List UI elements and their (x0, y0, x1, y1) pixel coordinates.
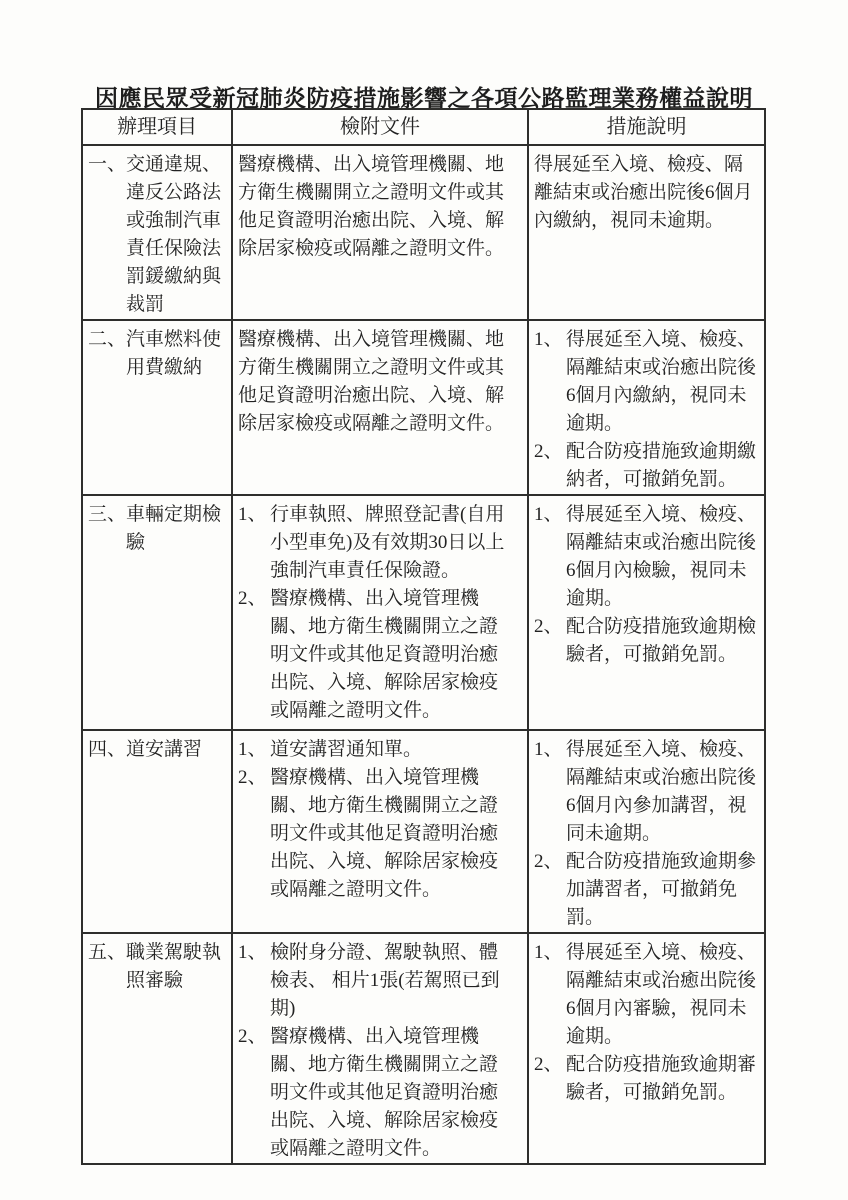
item-number: 一、 (88, 151, 126, 179)
cell-item: 五、 職業駕駛執 照審驗 (82, 933, 232, 1164)
list-item-number: 1、 (534, 736, 563, 764)
item-number: 五、 (88, 939, 126, 967)
list-item-text: 醫療機構、出入境管理機 關、地方衛生機關開立之證 明文件或其他足資證明治癒 出院… (270, 767, 498, 900)
cell-measures: 1、 得展延至入境、檢疫、 隔離結束或治癒出院後 6個月內檢驗，視同未 逾期。 … (528, 495, 765, 730)
measures-list-item: 2、 配合防疫措施致逾期繳 納者，可撤銷免罰。 (534, 438, 760, 494)
list-item-text: 行車執照、牌照登記書(自用 小型車免)及有效期30日以上 強制汽車責任保險證。 (270, 504, 504, 581)
list-item-text: 檢附身分證、駕駛執照、體 檢表、 相片1張(若駕照已到 期) (270, 942, 500, 1019)
list-item-number: 2、 (534, 438, 563, 466)
cell-item: 三、 車輛定期檢 驗 (82, 495, 232, 730)
list-item-number: 2、 (534, 613, 563, 641)
list-item-number: 1、 (534, 326, 563, 354)
measures-list-item: 2、 配合防疫措施致逾期檢 驗者，可撤銷免罰。 (534, 613, 760, 669)
documents-paragraph: 醫療機構、出入境管理機關、地 方衛生機關開立之證明文件或其 他足資證明治癒出院、… (238, 151, 523, 263)
cell-measures: 1、 得展延至入境、檢疫、 隔離結束或治癒出院後 6個月內繳納，視同未 逾期。 … (528, 320, 765, 495)
list-item-number: 2、 (534, 1051, 563, 1079)
documents-list-item: 1、 檢附身分證、駕駛執照、體 檢表、 相片1張(若駕照已到 期) (238, 939, 523, 1023)
documents-list-item: 1、 道安講習通知單。 (238, 736, 523, 764)
cell-item: 四、 道安講習 (82, 730, 232, 933)
benefits-table: 辦理項目 檢附文件 措施說明 一、 交通違規、 違反公路法 或強制汽車 責任保險… (81, 108, 766, 1165)
measures-paragraph: 得展延至入境、檢疫、隔 離結束或治癒出院後6個月 內繳納，視同未逾期。 (534, 151, 760, 235)
list-item-text: 道安講習通知單。 (270, 739, 422, 760)
item-entry: 一、 交通違規、 違反公路法 或強制汽車 責任保險法 罰鍰繳納與 裁罰 (88, 151, 227, 319)
list-item-number: 1、 (238, 501, 267, 529)
list-item-number: 2、 (238, 764, 267, 792)
cell-item: 二、 汽車燃料使 用費繳納 (82, 320, 232, 495)
list-item-text: 配合防疫措施致逾期審 驗者，可撤銷免罰。 (566, 1054, 756, 1103)
cell-measures: 1、 得展延至入境、檢疫、 隔離結束或治癒出院後 6個月內參加講習，視 同未逾期… (528, 730, 765, 933)
cell-documents: 醫療機構、出入境管理機關、地 方衛生機關開立之證明文件或其 他足資證明治癒出院、… (232, 320, 528, 495)
list-item-text: 得展延至入境、檢疫、 隔離結束或治癒出院後 6個月內參加講習，視 同未逾期。 (566, 739, 756, 844)
list-item-text: 配合防疫措施致逾期繳 納者，可撤銷免罰。 (566, 441, 756, 490)
item-entry: 四、 道安講習 (88, 736, 227, 764)
measures-list-item: 1、 得展延至入境、檢疫、 隔離結束或治癒出院後 6個月內審驗，視同未 逾期。 (534, 939, 760, 1051)
cell-documents: 1、 行車執照、牌照登記書(自用 小型車免)及有效期30日以上 強制汽車責任保險… (232, 495, 528, 730)
document-page: 因應民眾受新冠肺炎防疫措施影響之各項公路監理業務權益說明 辦理項目 檢附文件 措… (0, 0, 848, 1200)
list-item-number: 2、 (534, 848, 563, 876)
table-row: 四、 道安講習 1、 道安講習通知單。 2、 醫療機構、出入境管理機 關、地方衛… (82, 730, 765, 933)
measures-list-item: 1、 得展延至入境、檢疫、 隔離結束或治癒出院後 6個月內參加講習，視 同未逾期… (534, 736, 760, 848)
table-header-row: 辦理項目 檢附文件 措施說明 (82, 109, 765, 145)
measures-list-item: 1、 得展延至入境、檢疫、 隔離結束或治癒出院後 6個月內繳納，視同未 逾期。 (534, 326, 760, 438)
item-label: 道安講習 (126, 739, 202, 760)
item-entry: 二、 汽車燃料使 用費繳納 (88, 326, 227, 382)
documents-list-item: 2、 醫療機構、出入境管理機 關、地方衛生機關開立之證 明文件或其他足資證明治癒… (238, 1023, 523, 1163)
list-item-number: 1、 (534, 939, 563, 967)
list-item-number: 2、 (238, 1023, 267, 1051)
col-header-measures: 措施說明 (528, 109, 765, 145)
measures-list-item: 2、 配合防疫措施致逾期參 加講習者，可撤銷免 罰。 (534, 848, 760, 932)
item-entry: 三、 車輛定期檢 驗 (88, 501, 227, 557)
measures-list-item: 2、 配合防疫措施致逾期審 驗者，可撤銷免罰。 (534, 1051, 760, 1107)
col-header-documents: 檢附文件 (232, 109, 528, 145)
documents-paragraph: 醫療機構、出入境管理機關、地 方衛生機關開立之證明文件或其 他足資證明治癒出院、… (238, 326, 523, 438)
list-item-text: 配合防疫措施致逾期檢 驗者，可撤銷免罰。 (566, 616, 756, 665)
cell-documents: 1、 道安講習通知單。 2、 醫療機構、出入境管理機 關、地方衛生機關開立之證 … (232, 730, 528, 933)
list-item-text: 得展延至入境、檢疫、 隔離結束或治癒出院後 6個月內繳納，視同未 逾期。 (566, 329, 756, 434)
item-label: 汽車燃料使 用費繳納 (126, 329, 221, 378)
table-row: 五、 職業駕駛執 照審驗 1、 檢附身分證、駕駛執照、體 檢表、 相片1張(若駕… (82, 933, 765, 1164)
list-item-number: 1、 (534, 501, 563, 529)
item-label: 交通違規、 違反公路法 或強制汽車 責任保險法 罰鍰繳納與 裁罰 (126, 154, 221, 315)
item-number: 四、 (88, 736, 126, 764)
documents-list-item: 2、 醫療機構、出入境管理機 關、地方衛生機關開立之證 明文件或其他足資證明治癒… (238, 764, 523, 904)
cell-measures: 1、 得展延至入境、檢疫、 隔離結束或治癒出院後 6個月內審驗，視同未 逾期。 … (528, 933, 765, 1164)
cell-item: 一、 交通違規、 違反公路法 或強制汽車 責任保險法 罰鍰繳納與 裁罰 (82, 145, 232, 320)
list-item-number: 1、 (238, 736, 267, 764)
measures-list-item: 1、 得展延至入境、檢疫、 隔離結束或治癒出院後 6個月內檢驗，視同未 逾期。 (534, 501, 760, 613)
cell-documents: 1、 檢附身分證、駕駛執照、體 檢表、 相片1張(若駕照已到 期) 2、 醫療機… (232, 933, 528, 1164)
documents-list-item: 2、 醫療機構、出入境管理機 關、地方衛生機關開立之證 明文件或其他足資證明治癒… (238, 585, 523, 725)
list-item-number: 2、 (238, 585, 267, 613)
table-row: 一、 交通違規、 違反公路法 或強制汽車 責任保險法 罰鍰繳納與 裁罰 醫療機構… (82, 145, 765, 320)
list-item-text: 醫療機構、出入境管理機 關、地方衛生機關開立之證 明文件或其他足資證明治癒 出院… (270, 1026, 498, 1159)
item-entry: 五、 職業駕駛執 照審驗 (88, 939, 227, 995)
list-item-text: 得展延至入境、檢疫、 隔離結束或治癒出院後 6個月內審驗，視同未 逾期。 (566, 942, 756, 1047)
documents-list-item: 1、 行車執照、牌照登記書(自用 小型車免)及有效期30日以上 強制汽車責任保險… (238, 501, 523, 585)
table-row: 三、 車輛定期檢 驗 1、 行車執照、牌照登記書(自用 小型車免)及有效期30日… (82, 495, 765, 730)
item-number: 三、 (88, 501, 126, 529)
item-label: 職業駕駛執 照審驗 (126, 942, 221, 991)
cell-documents: 醫療機構、出入境管理機關、地 方衛生機關開立之證明文件或其 他足資證明治癒出院、… (232, 145, 528, 320)
item-number: 二、 (88, 326, 126, 354)
list-item-text: 醫療機構、出入境管理機 關、地方衛生機關開立之證 明文件或其他足資證明治癒 出院… (270, 588, 498, 721)
table-row: 二、 汽車燃料使 用費繳納 醫療機構、出入境管理機關、地 方衛生機關開立之證明文… (82, 320, 765, 495)
list-item-number: 1、 (238, 939, 267, 967)
cell-measures: 得展延至入境、檢疫、隔 離結束或治癒出院後6個月 內繳納，視同未逾期。 (528, 145, 765, 320)
list-item-text: 得展延至入境、檢疫、 隔離結束或治癒出院後 6個月內檢驗，視同未 逾期。 (566, 504, 756, 609)
col-header-item: 辦理項目 (82, 109, 232, 145)
item-label: 車輛定期檢 驗 (126, 504, 221, 553)
list-item-text: 配合防疫措施致逾期參 加講習者，可撤銷免 罰。 (566, 851, 756, 928)
